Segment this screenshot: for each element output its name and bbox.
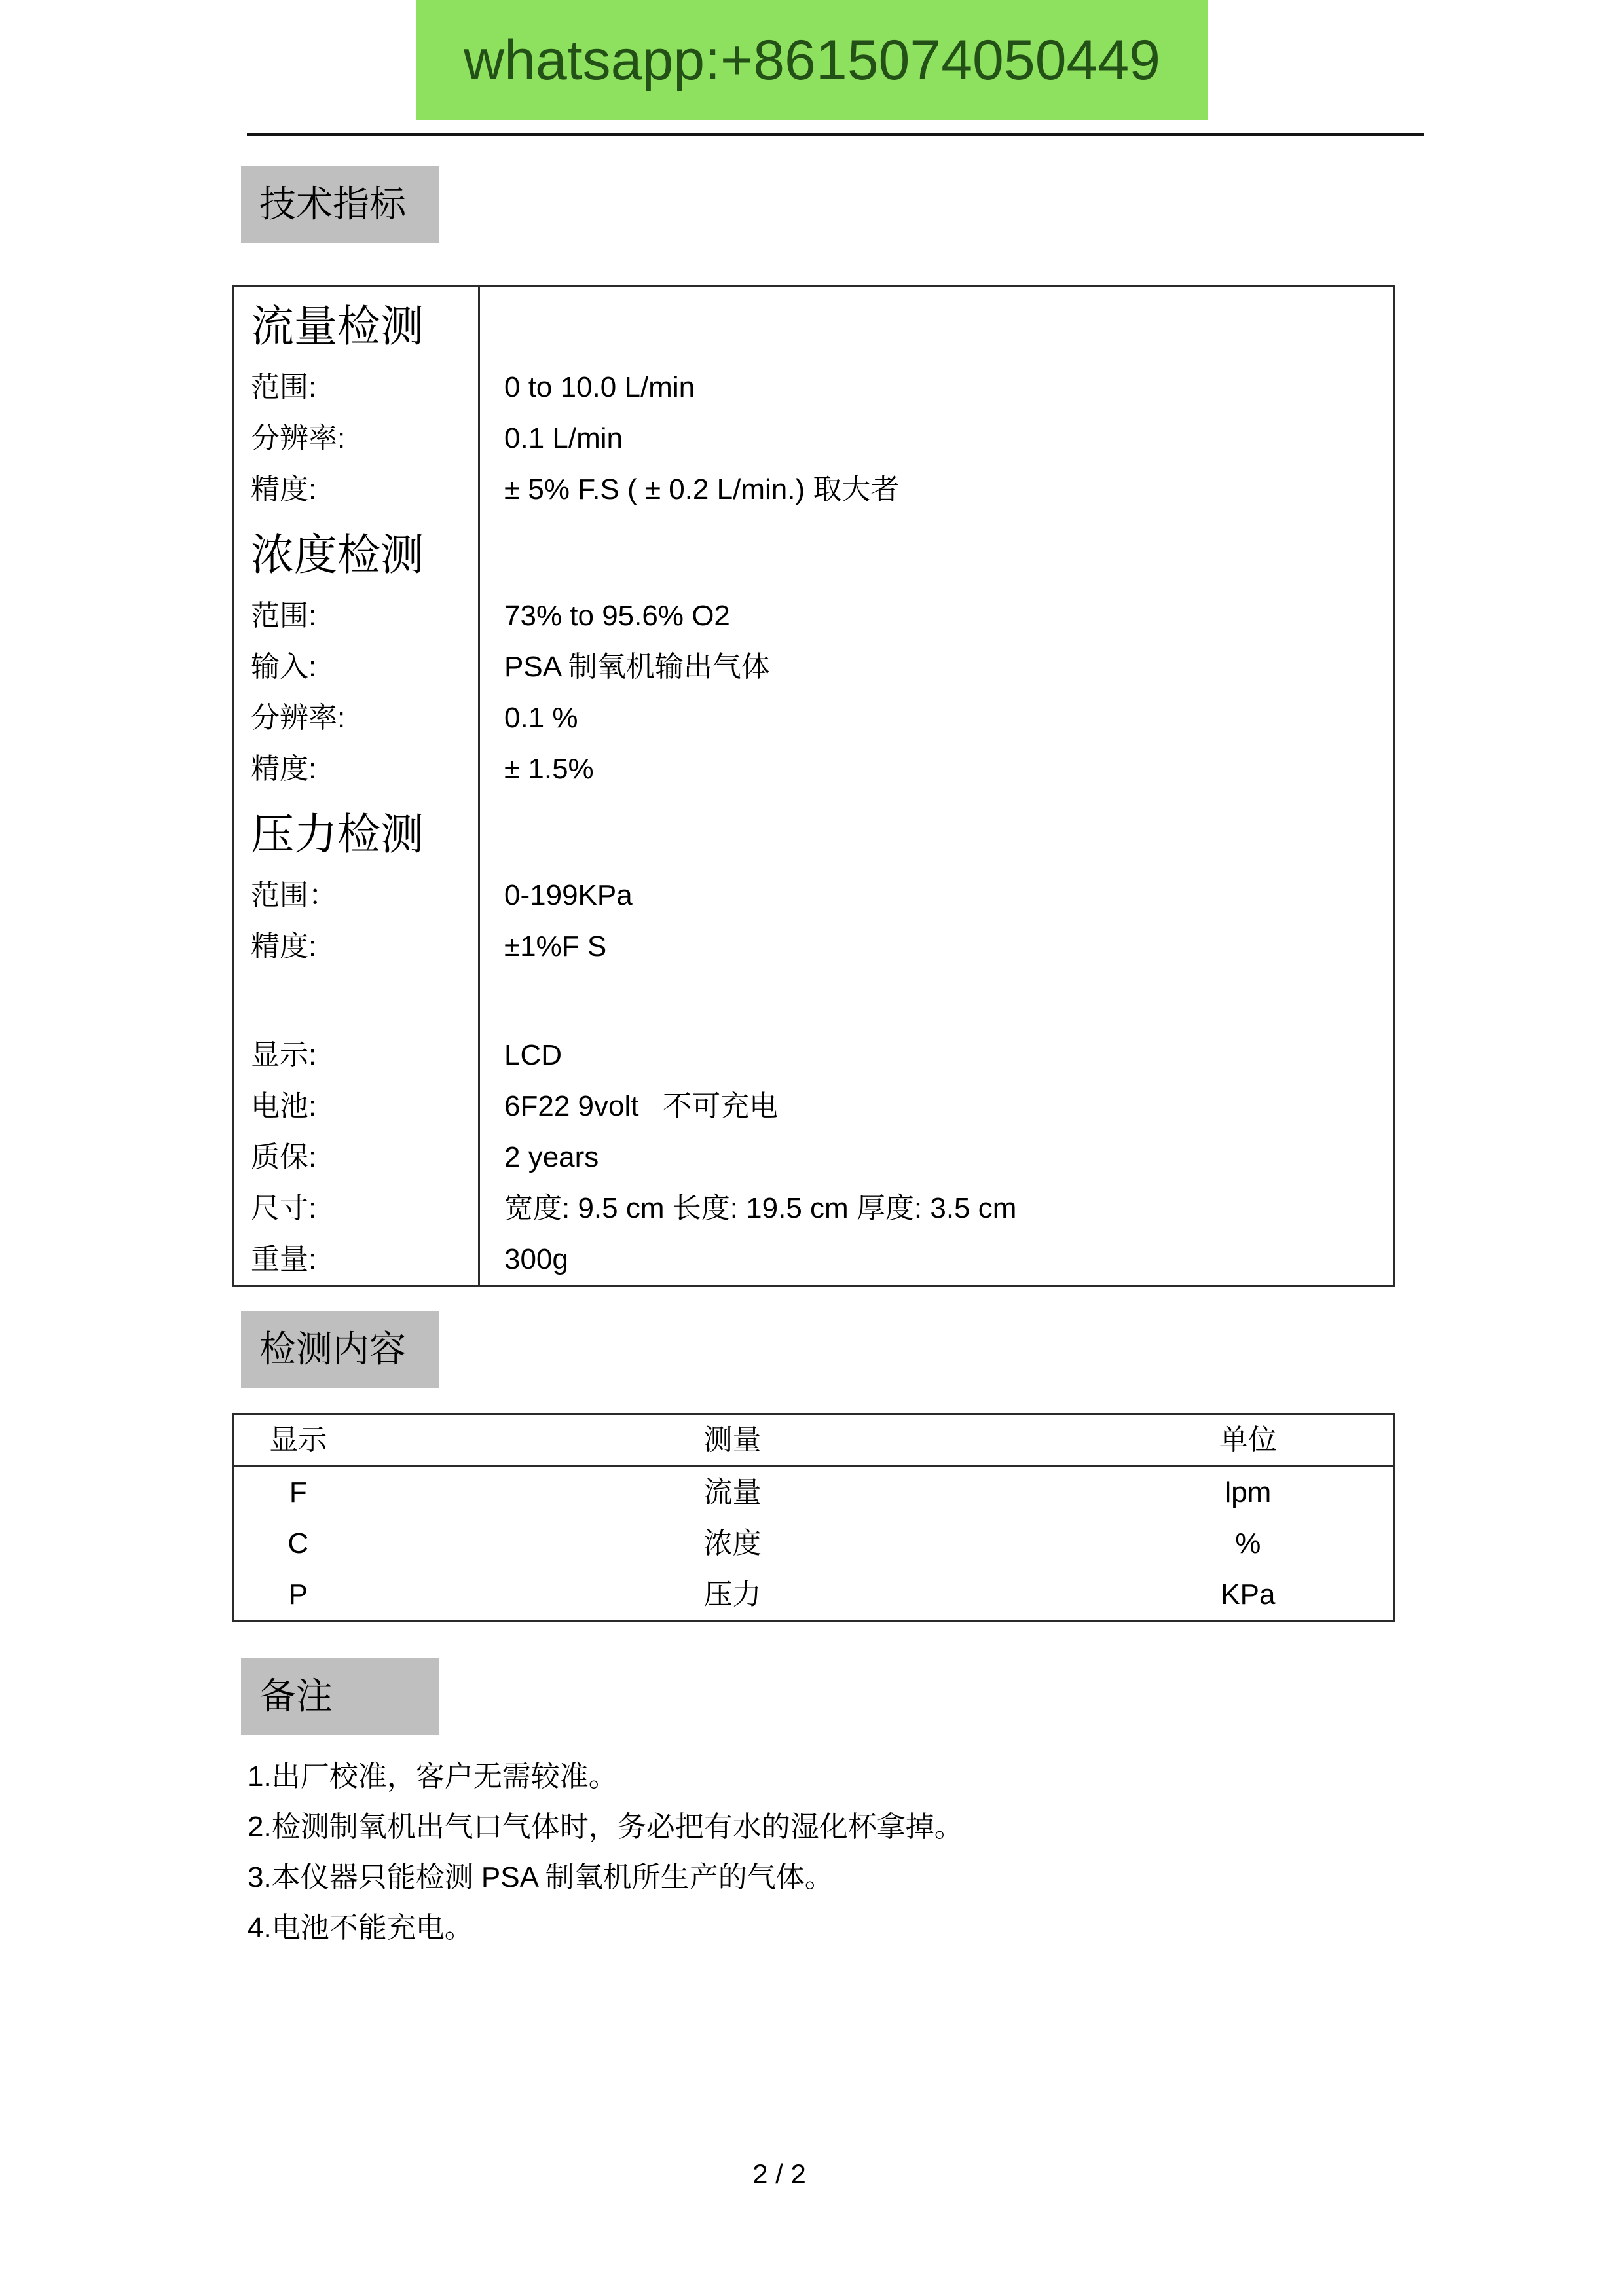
content-cell-display: F xyxy=(234,1467,362,1518)
spec-row-value: 0 to 10.0 L/min xyxy=(480,371,1393,405)
content-cell-measurement: 压力 xyxy=(362,1569,1103,1620)
spec-row-value: 宽度: 9.5 cm 长度: 19.5 cm 厚度: 3.5 cm xyxy=(480,1192,1393,1226)
spec-row-value: 300g xyxy=(480,1243,1393,1277)
spec-row: 精度: ± 1.5% xyxy=(234,744,1393,795)
remark-item: 2.检测制氧机出气口气体时，务必把有水的湿化杯拿掉。 xyxy=(248,1802,1400,1853)
detection-content-table: 显示 测量 单位 F 流量 lpm C 浓度 % P 压力 KPa xyxy=(232,1413,1395,1622)
spec-section-flow: 流量检测 xyxy=(234,287,1393,362)
section-label-tech-specs-text: 技术指标 xyxy=(259,186,406,223)
spec-row-label: 范围: xyxy=(234,362,480,413)
content-cell-display: P xyxy=(234,1569,362,1620)
content-table-row: P 压力 KPa xyxy=(234,1569,1393,1620)
spec-row: 输入: PSA 制氧机输出气体 xyxy=(234,642,1393,693)
content-header-measurement: 测量 xyxy=(362,1415,1103,1465)
content-table-row: C 浓度 % xyxy=(234,1518,1393,1569)
spec-row-value: 73% to 95.6% O2 xyxy=(480,600,1393,633)
spec-row-label: 显示: xyxy=(234,1030,480,1081)
spec-row: 质保: 2 years xyxy=(234,1132,1393,1183)
spec-row-label: 输入: xyxy=(234,642,480,693)
spec-section-title: 浓度检测 xyxy=(234,515,480,591)
remark-item: 1.出厂校准，客户无需较准。 xyxy=(248,1752,1400,1802)
spec-section-pressure: 压力检测 xyxy=(234,795,1393,870)
spec-row-label: 分辨率: xyxy=(234,693,480,744)
content-cell-display: C xyxy=(234,1518,362,1569)
spec-row-label: 范围: xyxy=(234,591,480,642)
spec-row-label: 重量: xyxy=(234,1234,480,1285)
spec-row-label: 精度: xyxy=(234,921,480,972)
section-label-detection-content-text: 检测内容 xyxy=(259,1331,406,1368)
spec-row-label: 范围： xyxy=(234,870,480,921)
spec-row: 电池: 6F22 9volt 不可充电 xyxy=(234,1081,1393,1132)
spec-empty-cell xyxy=(234,972,480,1030)
content-cell-unit: % xyxy=(1103,1518,1393,1569)
whatsapp-banner: whatsapp:+8615074050449 xyxy=(416,0,1208,120)
spec-table: 流量检测 范围: 0 to 10.0 L/min 分辨率: 0.1 L/min … xyxy=(232,285,1395,1287)
spec-row-value: ±1%F S xyxy=(480,930,1393,964)
spec-row: 尺寸: 宽度: 9.5 cm 长度: 19.5 cm 厚度: 3.5 cm xyxy=(234,1183,1393,1234)
spec-row: 范围: 0 to 10.0 L/min xyxy=(234,362,1393,413)
document-page: whatsapp:+8615074050449 技术指标 流量检测 范围: 0 … xyxy=(0,0,1624,2296)
spec-row: 范围： 0-199KPa xyxy=(234,870,1393,921)
spec-row: 分辨率: 0.1 L/min xyxy=(234,413,1393,464)
content-cell-unit: KPa xyxy=(1103,1569,1393,1620)
page-number: 2 / 2 xyxy=(648,2160,910,2188)
section-label-remarks: 备注 xyxy=(241,1658,439,1735)
spec-section-concentration: 浓度检测 xyxy=(234,515,1393,591)
spec-row-spacer xyxy=(234,972,1393,1030)
spec-row-value: ± 5% F.S ( ± 0.2 L/min.) 取大者 xyxy=(480,473,1393,507)
spec-section-title: 压力检测 xyxy=(234,795,480,870)
section-label-tech-specs: 技术指标 xyxy=(241,166,439,243)
header-divider-rule xyxy=(247,133,1424,136)
content-cell-measurement: 浓度 xyxy=(362,1518,1103,1569)
content-header-display: 显示 xyxy=(234,1415,362,1465)
spec-row-value: ± 1.5% xyxy=(480,753,1393,786)
content-header-unit: 单位 xyxy=(1103,1415,1393,1465)
spec-row: 分辨率: 0.1 % xyxy=(234,693,1393,744)
spec-row-label: 精度: xyxy=(234,744,480,795)
remark-item: 3.本仪器只能检测 PSA 制氧机所生产的气体。 xyxy=(248,1853,1400,1903)
spec-row-value: 0-199KPa xyxy=(480,879,1393,913)
spec-row-label: 尺寸: xyxy=(234,1183,480,1234)
spec-row: 显示: LCD xyxy=(234,1030,1393,1081)
content-table-header-row: 显示 测量 单位 xyxy=(234,1415,1393,1467)
spec-row-label: 分辨率: xyxy=(234,413,480,464)
spec-row-value: 2 years xyxy=(480,1141,1393,1175)
spec-row: 重量: 300g xyxy=(234,1234,1393,1285)
spec-row-value: 0.1 % xyxy=(480,702,1393,735)
spec-row-value: 6F22 9volt 不可充电 xyxy=(480,1090,1393,1123)
spec-row-label: 精度: xyxy=(234,464,480,515)
whatsapp-contact-text: whatsapp:+8615074050449 xyxy=(464,32,1160,88)
spec-row: 精度: ± 5% F.S ( ± 0.2 L/min.) 取大者 xyxy=(234,464,1393,515)
spec-row-value: 0.1 L/min xyxy=(480,422,1393,456)
spec-row-label: 电池: xyxy=(234,1081,480,1132)
section-label-remarks-text: 备注 xyxy=(259,1678,333,1715)
spec-row-value: LCD xyxy=(480,1039,1393,1072)
content-cell-unit: lpm xyxy=(1103,1467,1393,1518)
remark-item: 4.电池不能充电。 xyxy=(248,1903,1400,1954)
content-cell-measurement: 流量 xyxy=(362,1467,1103,1518)
remarks-list: 1.出厂校准，客户无需较准。 2.检测制氧机出气口气体时，务必把有水的湿化杯拿掉… xyxy=(248,1752,1400,1954)
spec-row-label: 质保: xyxy=(234,1132,480,1183)
content-table-row: F 流量 lpm xyxy=(234,1467,1393,1518)
section-label-detection-content: 检测内容 xyxy=(241,1311,439,1388)
spec-section-title: 流量检测 xyxy=(234,287,480,362)
spec-row: 范围: 73% to 95.6% O2 xyxy=(234,591,1393,642)
spec-row-value: PSA 制氧机输出气体 xyxy=(480,651,1393,684)
spec-row: 精度: ±1%F S xyxy=(234,921,1393,972)
